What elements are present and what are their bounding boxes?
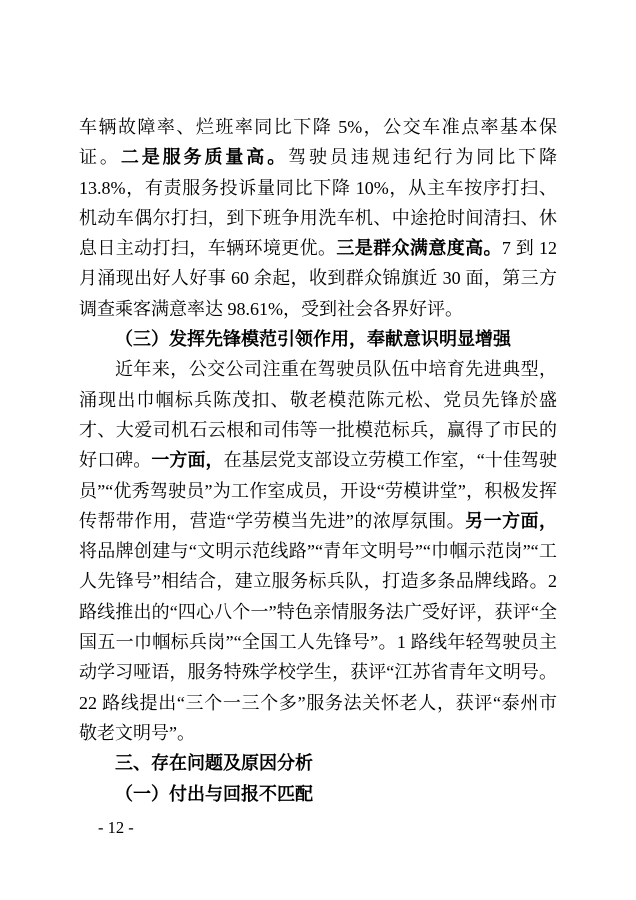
text-run-bold: 二是服务质量高。: [121, 147, 288, 167]
text-run-bold: 三是群众满意度高。: [336, 238, 501, 258]
page-body-text: 车辆故障率、烂班率同比下降 5%，公交车准点率基本保证。二是服务质量高。驾驶员违…: [79, 112, 557, 809]
text-run: 将品牌创建与“文明示范线路”“青年文明号”“巾帼示范岗”“工人先锋号”相结合，建…: [79, 541, 557, 743]
document-page: 车辆故障率、烂班率同比下降 5%，公交车准点率基本保证。二是服务质量高。驾驶员违…: [0, 0, 636, 900]
subsection-heading-one: （一）付出与回报不匹配: [79, 779, 557, 809]
subsection-heading-three: （三）发挥先锋模范引领作用，奉献意识明显增强: [79, 324, 557, 354]
paragraph-typical-models: 近年来，公交公司注重在驾驶员队伍中培育先进典型，涌现出巾帼标兵陈茂扣、敬老模范陈…: [79, 354, 557, 748]
paragraph-continuation: 车辆故障率、烂班率同比下降 5%，公交车准点率基本保证。二是服务质量高。驾驶员违…: [79, 112, 557, 324]
text-run-bold: 另一方面，: [465, 511, 557, 531]
section-heading-problems: 三、存在问题及原因分析: [79, 748, 557, 778]
page-number: - 12 -: [98, 818, 134, 838]
text-run-bold: 一方面，: [151, 450, 223, 470]
